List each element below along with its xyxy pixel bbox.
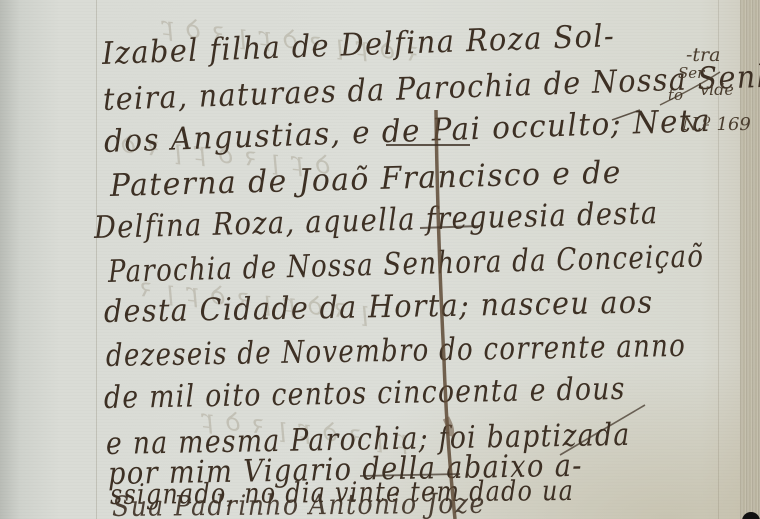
- text-line: Izabel filha de Delfina Roza Sol-: [101, 18, 615, 72]
- text-line: Parochia de Nossa Senhora da Conceiçaõ: [108, 238, 705, 290]
- margin-note: vide: [700, 80, 734, 99]
- margin-note: N.º 169: [682, 114, 751, 135]
- text-line: de mil oito centos cincoenta e dous: [104, 371, 626, 416]
- text-line: Paterna de Joaõ Francisco e de: [110, 155, 623, 204]
- margin-note: -tra: [686, 44, 720, 66]
- text-line: dezeseis de Novembro do corrente anno: [106, 328, 687, 374]
- handwritten-entry: Izabel filha de Delfina Roza Sol- teira,…: [0, 0, 760, 519]
- text-line: desta Cidade da Horta; nasceu aos: [104, 284, 654, 330]
- margin-note: to: [668, 86, 683, 104]
- text-line: Delfina Roza, aquella freguesia desta: [94, 195, 659, 246]
- text-line: Sua Padrinho Antonio Joze: [112, 487, 486, 519]
- manuscript-page: ꝛ ꝺ ꝼ ꞁ ꝛ ꝺ ꝼ ꞁ ꝛ ꝺ ꝼ ꝺ ꝼ ꞁ ꝛ ꝺ ꝼ ꞁ ꝛ ꝺ …: [0, 0, 760, 519]
